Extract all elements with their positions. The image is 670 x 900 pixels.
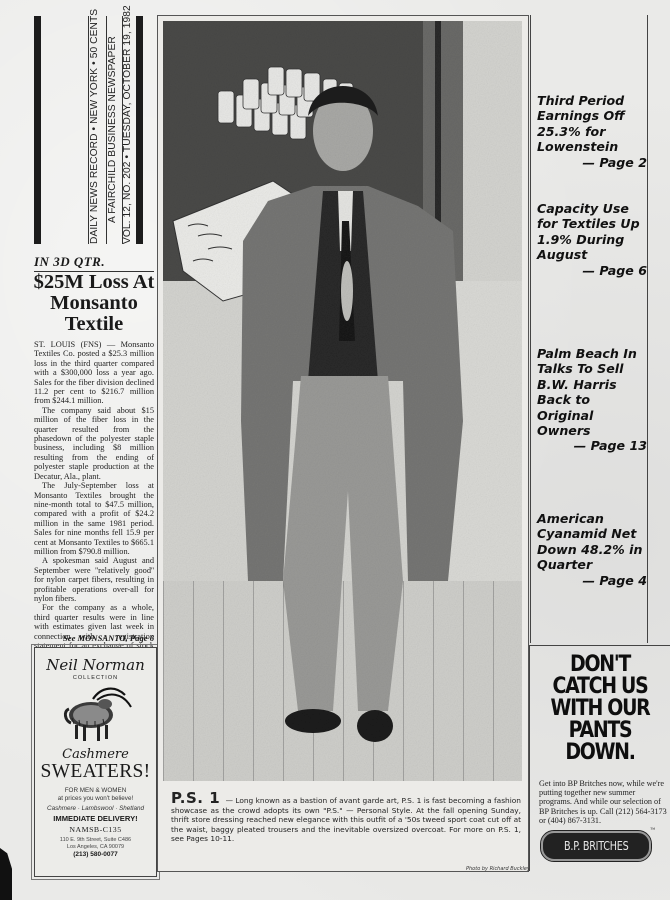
photo-credit: Photo by Richard Buckley xyxy=(466,866,530,872)
story-paragraph: A spokesman said August and September we… xyxy=(34,556,154,603)
index-column: Third Period Earnings Off 25.3% for Lowe… xyxy=(530,15,648,643)
ad-headline-line: DON'T xyxy=(540,654,660,676)
story-paragraph: ST. LOUIS (FNS) — Monsanto Textiles Co. … xyxy=(34,340,154,406)
man-in-overcoat-photo-icon xyxy=(163,21,522,781)
index-headline: Third Period Earnings Off 25.3% for Lowe… xyxy=(537,93,625,154)
index-page-ref: — Page 2 xyxy=(537,155,649,170)
index-headline: Palm Beach In Talks To Sell B.W. Harris … xyxy=(537,346,637,438)
index-item[interactable]: Palm Beach In Talks To Sell B.W. Harris … xyxy=(537,346,649,454)
ad-prices: at prices you won't believe! xyxy=(35,795,156,803)
bp-britches-logo: B.P. BRITCHES xyxy=(541,831,651,861)
story-headline: $25M Loss At Monsanto Textile xyxy=(30,272,158,335)
ad-headline-line: CATCH US xyxy=(540,676,660,698)
ad-body: Get into BP Britches now, while we're pu… xyxy=(539,779,667,825)
ad-delivery: IMMEDIATE DELIVERY! xyxy=(35,814,156,823)
logo-text: B.P. BRITCHES xyxy=(564,839,628,853)
story-kicker: IN 3D QTR. xyxy=(34,254,154,272)
caption-text: — Long known as a bastion of avant garde… xyxy=(171,796,521,843)
ad-headline-line: DOWN. xyxy=(540,742,660,764)
ad-brand: Neil Norman xyxy=(35,656,156,674)
masthead-tagline: A FAIRCHILD BUSINESS NEWSPAPER xyxy=(107,16,123,244)
ad-product-headline: SWEATERS! xyxy=(35,762,156,782)
ad-phone: (213) 580-0077 xyxy=(35,851,156,858)
ad-materials: Cashmere · Lambswool · Shetland xyxy=(35,805,156,813)
index-headline: American Cyanamid Net Down 48.2% in Quar… xyxy=(537,511,642,572)
photo-caption: P.S. 1 — Long known as a bastion of avan… xyxy=(171,794,521,844)
ad-headline-line: WITH OUR xyxy=(540,698,660,720)
index-headline: Capacity Use for Textiles Up 1.9% During… xyxy=(537,201,640,262)
masthead-bar xyxy=(34,16,41,244)
index-page-ref: — Page 4 xyxy=(537,573,649,588)
feature-photo-panel: P.S. 1 — Long known as a bastion of avan… xyxy=(157,15,529,872)
ad-booth-code: NAMSB-C135 xyxy=(35,825,156,834)
trademark-mark: ™ xyxy=(650,828,655,833)
ad-headline-line: PANTS xyxy=(540,720,660,742)
ad-audience: FOR MEN & WOMEN xyxy=(35,787,156,795)
ad-neil-norman: Neil Norman COLLECTION Cashmere SWEATERS… xyxy=(34,647,157,877)
ad-headline: DON'T CATCH US WITH OUR PANTS DOWN. xyxy=(540,654,660,764)
story-paragraph: The July-September loss at Monsanto Text… xyxy=(34,481,154,556)
masthead-paper-name: DAILY NEWS RECORD • NEW YORK • 50 CENTS xyxy=(89,16,105,244)
ad-bp-britches: DON'T CATCH US WITH OUR PANTS DOWN. Get … xyxy=(529,645,670,871)
goat-illustration-icon xyxy=(57,685,135,745)
caption-title: P.S. 1 xyxy=(171,789,220,807)
index-page-ref: — Page 13 xyxy=(537,438,649,453)
masthead-bar xyxy=(136,16,143,244)
index-page-ref: — Page 6 xyxy=(537,263,649,278)
index-item[interactable]: Third Period Earnings Off 25.3% for Lowe… xyxy=(537,93,649,170)
index-item[interactable]: Capacity Use for Textiles Up 1.9% During… xyxy=(537,201,649,278)
masthead: DAILY NEWS RECORD • NEW YORK • 50 CENTS … xyxy=(34,16,158,244)
story-jump-link[interactable]: See MONSANTO, Page 6 xyxy=(34,633,154,643)
ad-address-line-2: Los Angeles, CA 90079 xyxy=(35,844,156,851)
ad-address-line-1: 110 E. 9th Street, Suite C486 xyxy=(35,837,156,844)
story-paragraph: The company said about $15 million of th… xyxy=(34,406,154,481)
ad-collection-label: COLLECTION xyxy=(35,675,156,681)
ad-product-line: Cashmere xyxy=(35,747,156,762)
feature-photo xyxy=(163,21,522,781)
index-item[interactable]: American Cyanamid Net Down 48.2% in Quar… xyxy=(537,511,649,588)
